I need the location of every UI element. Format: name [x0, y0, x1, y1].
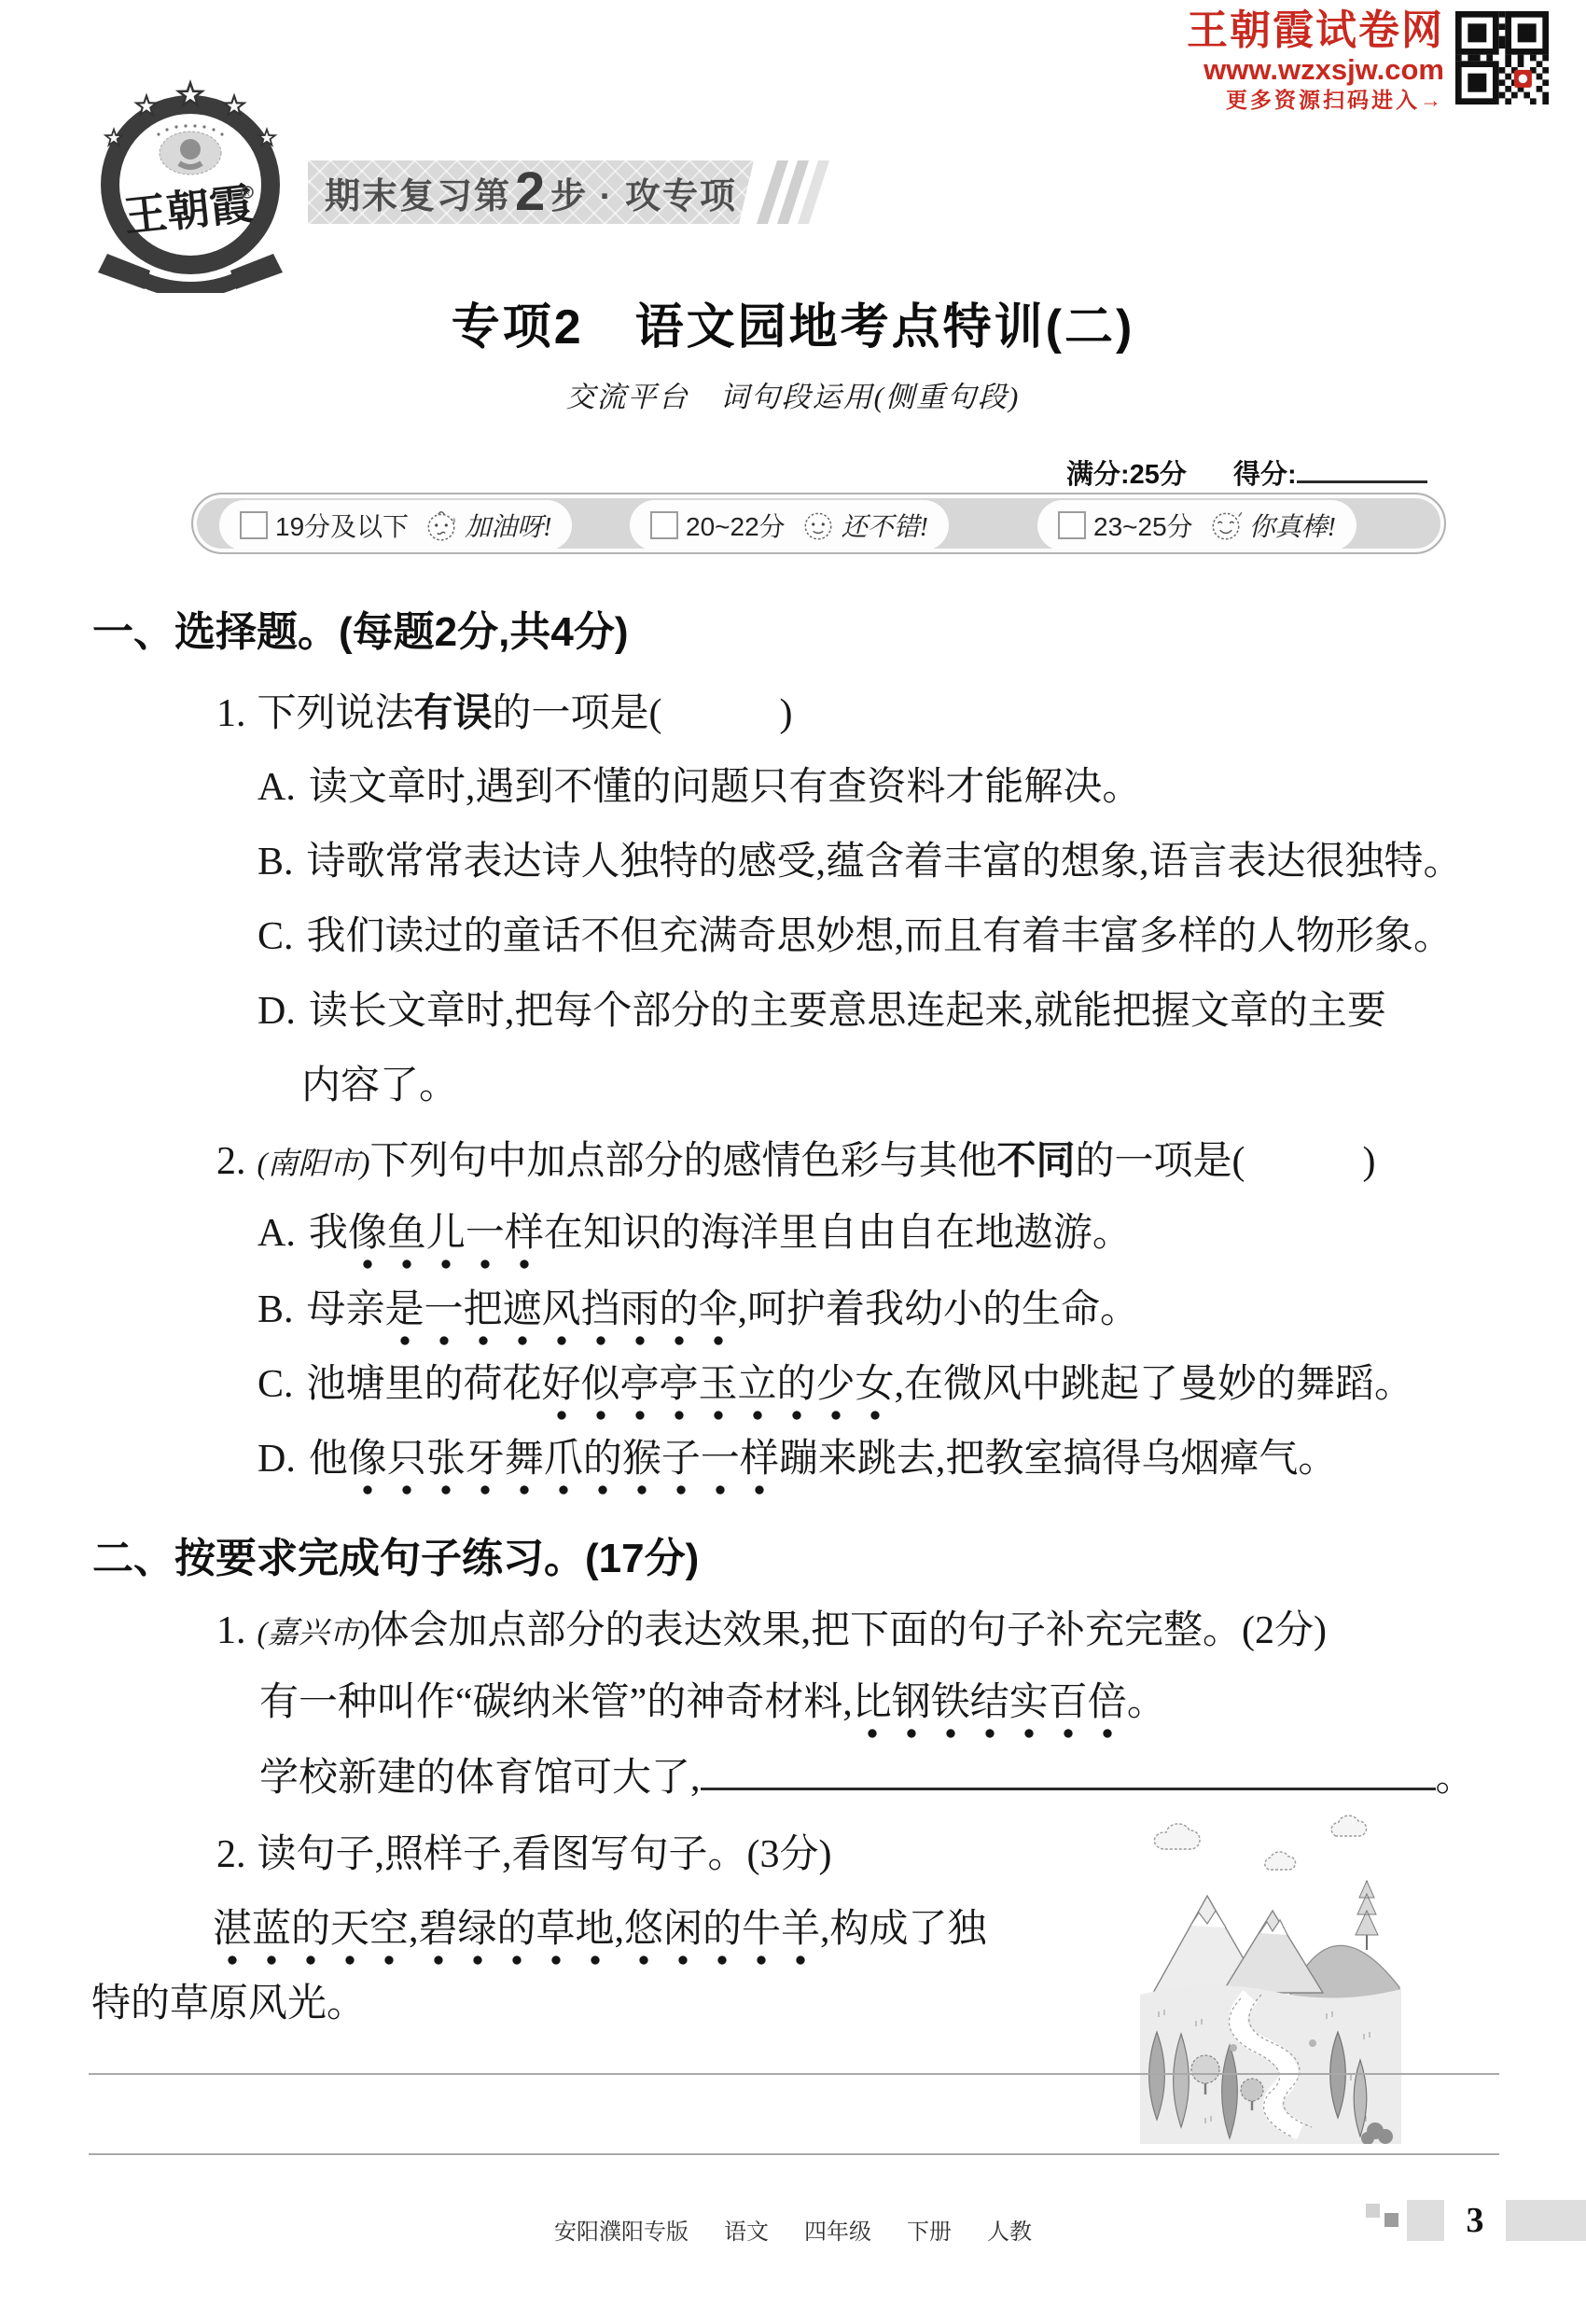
- model-sentence: 湛蓝的天空,碧绿的草地,悠闲的牛羊,构成了独: [213, 1905, 987, 1955]
- option-row: C.池塘里的荷花好似亭亭玉立的少女,在微风中跳起了曼妙的舞蹈。: [257, 1360, 1413, 1410]
- option-label: B.: [257, 1286, 294, 1335]
- cloud-icon: [1154, 1816, 1366, 1870]
- option-label: C.: [257, 1360, 294, 1410]
- score-range-item: 19分及以下 加油呀!: [219, 500, 572, 550]
- score-range-label: 23~25分: [1093, 507, 1193, 544]
- footer-subject: 语文: [724, 2213, 769, 2246]
- praise-text: 还不错!: [842, 507, 928, 544]
- question-number: 2.: [216, 1137, 246, 1187]
- question-1-stem: 1.下列说法有误的一项是( ): [216, 689, 793, 739]
- example-sentence: 有一种叫作“碳纳米管”的神奇材料,比钢铁结实百倍。: [259, 1678, 1166, 1728]
- option-label: B.: [257, 838, 294, 887]
- checkbox[interactable]: [1058, 511, 1086, 539]
- checkbox[interactable]: [650, 511, 678, 539]
- question-2-stem: 2.(南阳市)下列句中加点部分的感情色彩与其他不同的一项是( ): [216, 1136, 1376, 1187]
- page-title: 专项2 语文园地考点特训(二): [452, 287, 1135, 357]
- badge-photo-head: [180, 139, 201, 160]
- answer-line[interactable]: [89, 2153, 1499, 2155]
- footer-deco-square: [1366, 2204, 1380, 2218]
- answer-line[interactable]: [89, 2073, 1499, 2075]
- question-number: 1.: [216, 689, 246, 739]
- logo-badge-graphic: 王朝霞 R: [89, 71, 292, 293]
- option-row: B.诗歌常常表达诗人独特的感受,蕴含着丰富的想象,语言表达很独特。: [257, 838, 1463, 887]
- score-range-bar: 19分及以下 加油呀! 20~22分 还不错! 23~25分 你真棒!: [191, 493, 1446, 554]
- svg-text:R: R: [244, 189, 250, 198]
- score-range-label: 19分及以下: [275, 507, 409, 544]
- section-two-heading: 二、按要求完成句子练习。(17分): [92, 1535, 699, 1584]
- option-label: C.: [257, 912, 294, 962]
- step-banner: 期末复习第2步 · 攻专项: [308, 160, 754, 224]
- score-label: 得分:: [1233, 460, 1297, 490]
- option-row: D.读长文章时,把每个部分的主要意思连起来,就能把握文章的主要: [257, 987, 1386, 1037]
- exercise-1-stem: 1.(嘉兴市)体会加点部分的表达效果,把下面的句子补充完整。(2分): [216, 1607, 1327, 1656]
- option-row: B.母亲是一把遮风挡雨的伞,呵护着我幼小的生命。: [257, 1286, 1139, 1335]
- site-url: www.wzxsjw.com: [1187, 52, 1444, 87]
- site-name: 王朝霞试卷网: [1187, 9, 1444, 52]
- qr-code: [1455, 11, 1549, 104]
- option-label: A.: [257, 763, 296, 813]
- smile-face-icon: [800, 508, 836, 543]
- checkbox[interactable]: [240, 511, 268, 539]
- exercise-2-stem: 2.读句子,照样子,看图写句子。(3分): [216, 1830, 831, 1880]
- score-range-item: 23~25分 你真棒!: [1037, 500, 1356, 550]
- brand-block: 王朝霞试卷网 www.wzxsjw.com 更多资源扫码进入→: [1187, 9, 1444, 115]
- option-row: C.我们读过的童话不但充满奇思妙想,而且有着丰富多样的人物形象。: [257, 912, 1453, 962]
- footer-edition-line: 安阳濮阳专版 语文 四年级 下册 人教: [554, 2213, 1032, 2246]
- footer-volume: 下册: [907, 2213, 952, 2246]
- option-row: D.他像只张牙舞爪的猴子一样蹦来跳去,把教室搞得乌烟瘴气。: [257, 1435, 1337, 1484]
- grassland-illustration: [1140, 1810, 1401, 2144]
- page-subtitle: 交流平台 词句段运用(侧重句段): [566, 373, 1021, 415]
- option-row: A.我像鱼儿一样在知识的海洋里自由自在地遨游。: [257, 1209, 1132, 1259]
- praise-text: 加油呀!: [465, 507, 551, 544]
- wangzhaoxia-logo-badge: 王朝霞 R: [89, 71, 292, 293]
- page-number: 3: [1444, 2200, 1506, 2241]
- footer-publisher: 人教: [987, 2213, 1032, 2246]
- praise-text: 你真棒!: [1249, 507, 1336, 544]
- score-range-label: 20~22分: [686, 507, 786, 544]
- answer-blank[interactable]: [701, 1753, 1436, 1790]
- happy-face-icon: [1208, 508, 1244, 543]
- fill-in-sentence: 学校新建的体育馆可大了,。: [259, 1753, 1475, 1803]
- option-row-continuation: 内容了。: [301, 1062, 458, 1111]
- question-number: 1.: [216, 1607, 246, 1656]
- qr-tagline: 更多资源扫码进入→: [1187, 87, 1444, 115]
- model-sentence-continuation: 特的草原风光。: [91, 1980, 366, 2029]
- cheer-face-icon: [424, 508, 459, 543]
- full-score-label: 满分:25分: [1066, 460, 1187, 490]
- score-range-item: 20~22分 还不错!: [630, 500, 949, 550]
- question-number: 2.: [216, 1830, 246, 1880]
- option-label: D.: [257, 1435, 296, 1484]
- score-line: 满分:25分 得分:: [1066, 453, 1427, 492]
- footer-grade: 四年级: [804, 2213, 871, 2246]
- footer-deco-square: [1384, 2213, 1398, 2227]
- score-blank[interactable]: [1297, 459, 1427, 483]
- option-row: A.读文章时,遇到不懂的问题只有查资料才能解决。: [257, 763, 1141, 813]
- section-one-heading: 一、选择题。(每题2分,共4分): [92, 608, 628, 658]
- option-label: D.: [257, 987, 296, 1037]
- option-label: A.: [257, 1209, 296, 1259]
- footer-edition: 安阳濮阳专版: [554, 2213, 689, 2246]
